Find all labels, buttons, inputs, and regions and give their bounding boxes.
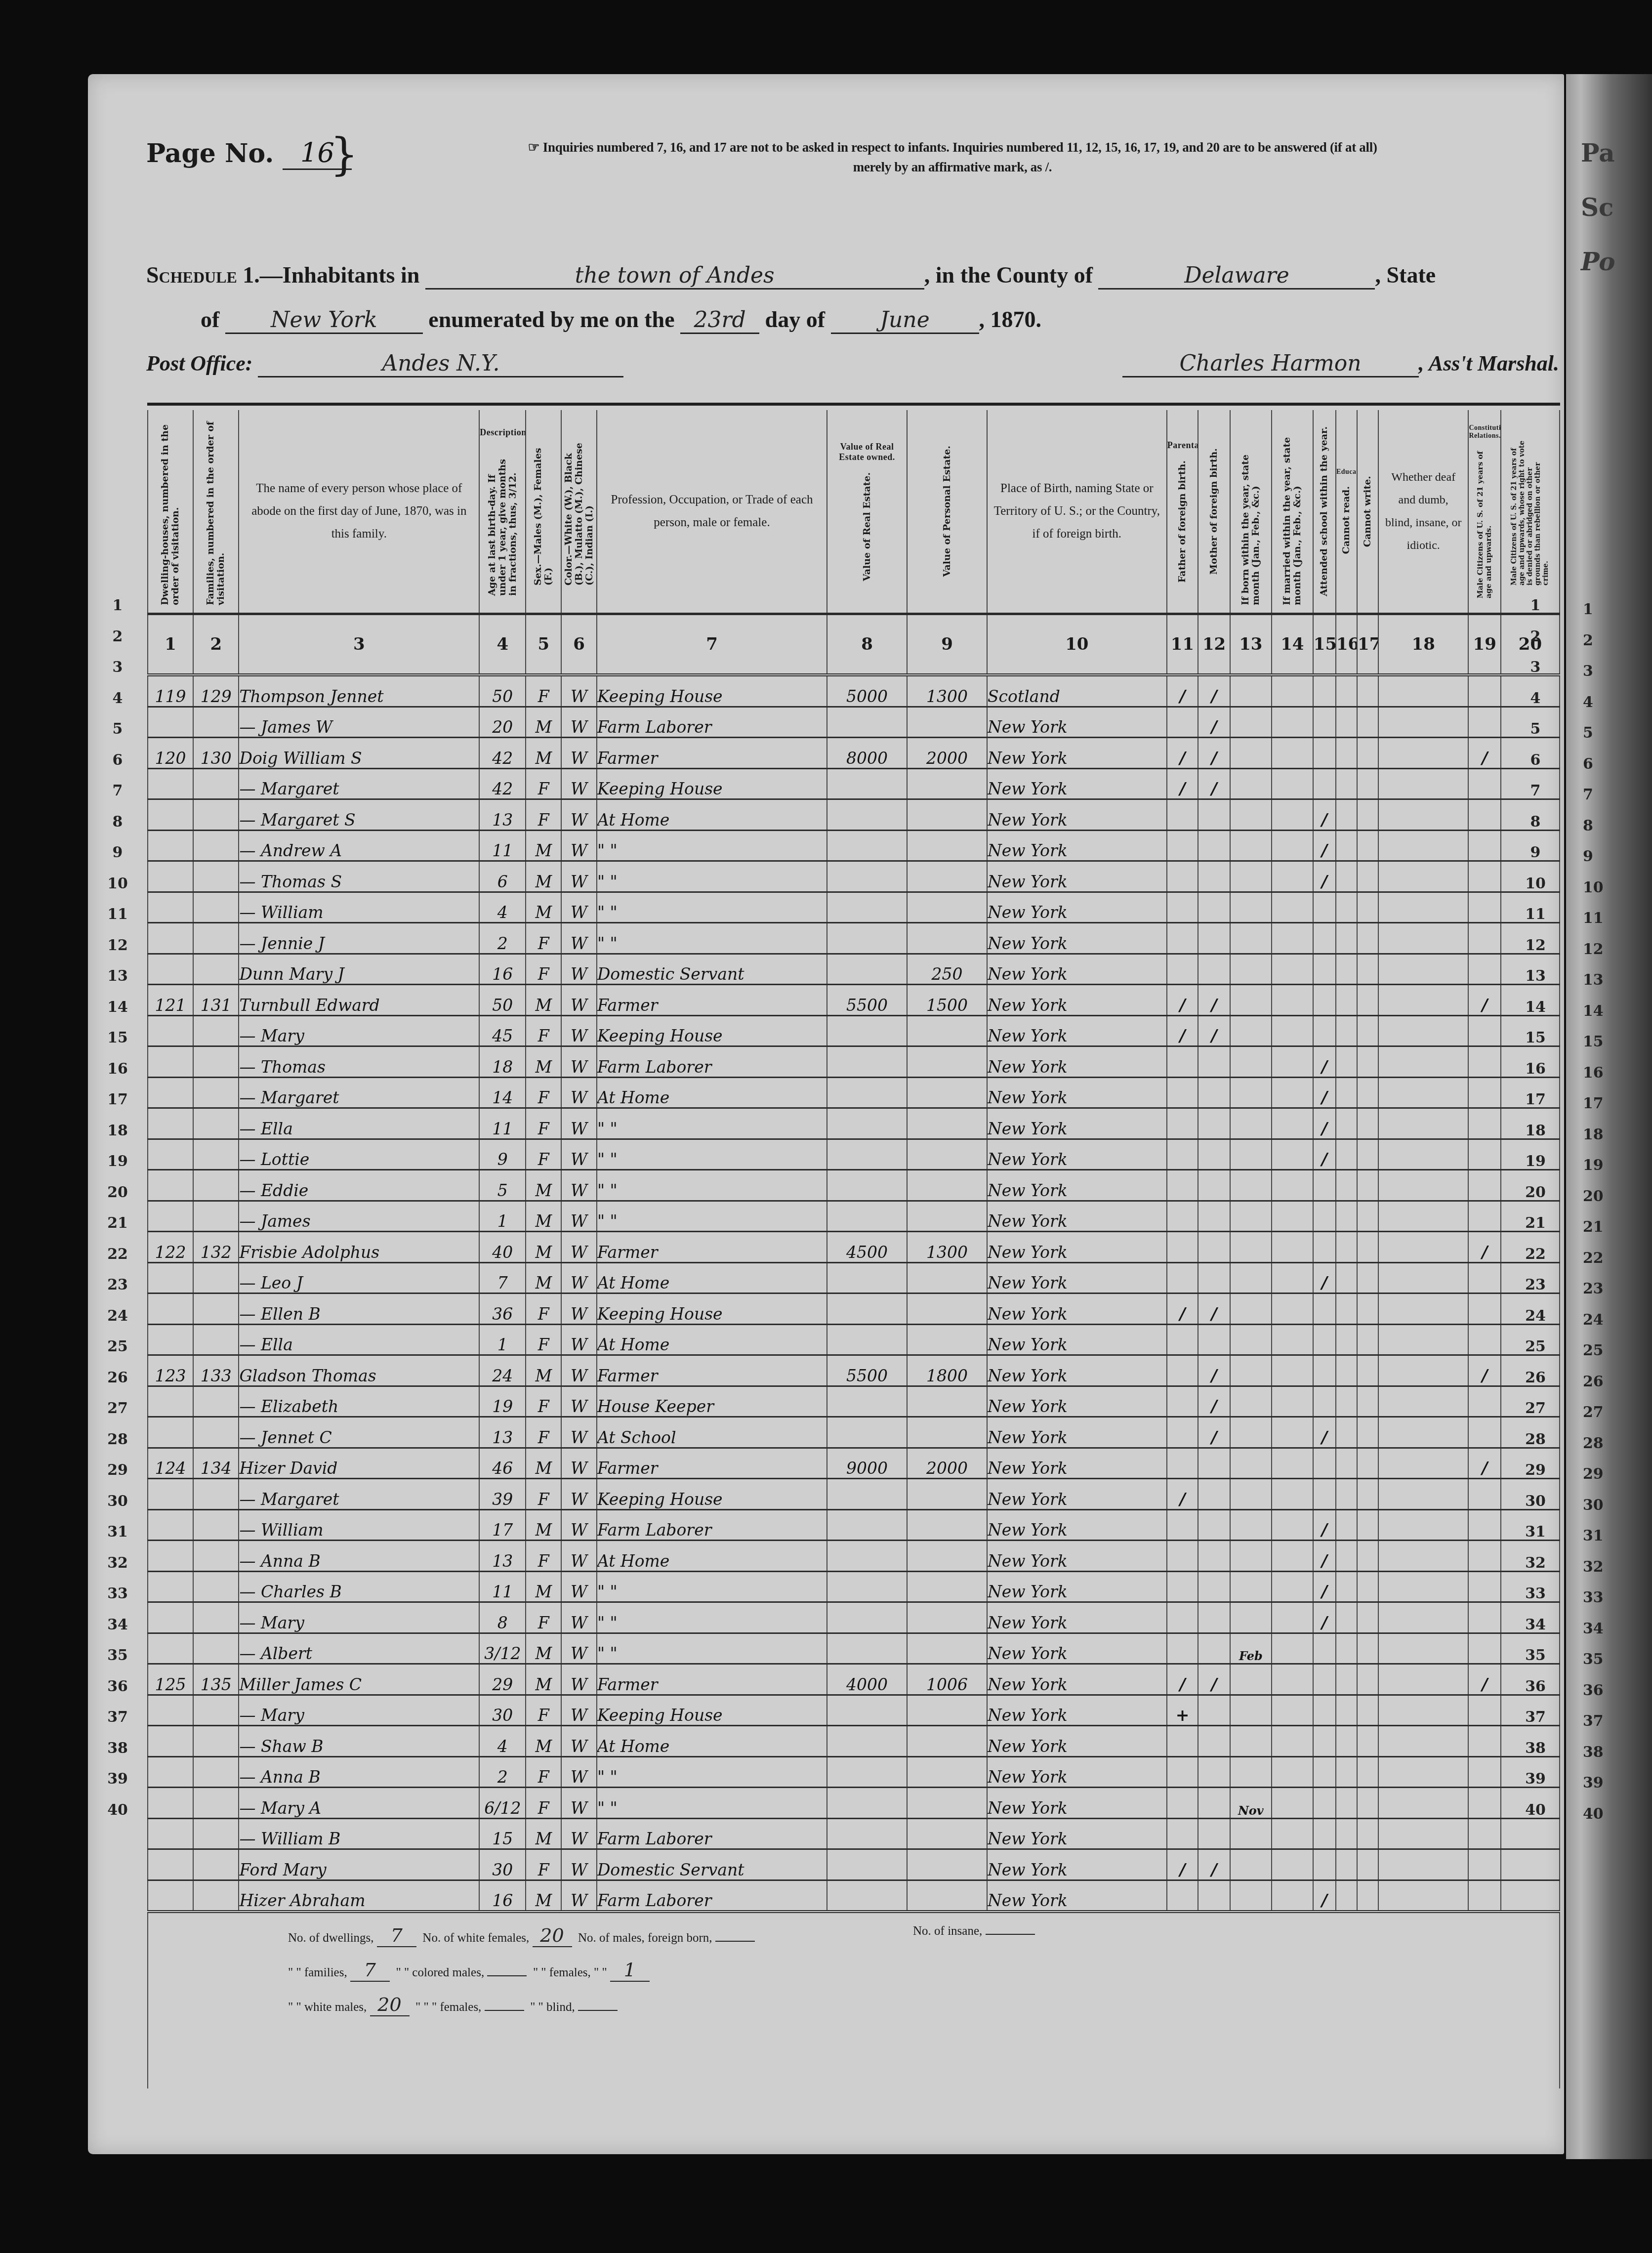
mother-foreign-mark (1198, 1201, 1230, 1232)
dwellings-count: 7 (377, 1924, 416, 1947)
real-estate-value (827, 1788, 907, 1819)
occupation: " " (597, 1571, 827, 1602)
mother-foreign-mark (1198, 923, 1230, 954)
school-mark (1313, 1818, 1336, 1849)
sex: M (526, 1509, 561, 1541)
color: W (561, 1849, 597, 1880)
disability (1378, 830, 1468, 861)
real-estate-value (827, 830, 907, 861)
born-month (1230, 1170, 1272, 1201)
school-mark (1313, 1726, 1336, 1757)
adjacent-line-number: 17 (1583, 1095, 1604, 1112)
real-estate-value: 5500 (827, 1355, 907, 1386)
school-mark (1313, 1479, 1336, 1510)
col-header-sex: Sex.—Males (M.), Females (F.) (526, 410, 561, 614)
family-number (193, 1788, 239, 1819)
line-number: 26 (1521, 1369, 1550, 1386)
cannot-write-mark (1357, 768, 1378, 799)
citizen-mark: / (1468, 985, 1501, 1016)
born-month (1230, 1849, 1272, 1880)
cannot-write-mark (1357, 1726, 1378, 1757)
dwelling-number (148, 1046, 193, 1078)
born-month (1230, 1479, 1272, 1510)
notice-line-2: merely by an affirmative mark, as /. (853, 160, 1052, 174)
line-number: 9 (103, 844, 132, 861)
occupation: Farmer (597, 1355, 827, 1386)
father-foreign-mark (1167, 799, 1198, 831)
real-estate-value (827, 768, 907, 799)
table-row: — Thomas S 6 M W " " New York / (148, 861, 1560, 892)
born-month (1230, 1417, 1272, 1448)
occupation: At Home (597, 1541, 827, 1572)
father-foreign-mark (1167, 1232, 1198, 1263)
dwelling-number (148, 1571, 193, 1602)
cannot-write-mark (1357, 1880, 1378, 1912)
cannot-read-mark (1336, 799, 1357, 831)
dwelling-number (148, 707, 193, 738)
adjacent-line-number: 2 (1583, 632, 1593, 649)
line-number: 31 (103, 1523, 132, 1541)
citizen-mark (1468, 1880, 1501, 1912)
birthplace: New York (987, 799, 1167, 831)
occupation: " " (597, 1108, 827, 1139)
father-foreign-mark: / (1167, 985, 1198, 1016)
color: W (561, 1571, 597, 1602)
table-row: — Mary 30 F W Keeping House New York + (148, 1695, 1560, 1726)
summary-dwellings: No. of dwellings, 7 No. of white females… (288, 1924, 755, 1947)
col-header-school: Attended school within the year. (1313, 410, 1336, 614)
col-header-father-foreign: Parentage.Father of foreign birth. (1167, 410, 1198, 614)
married-month (1272, 1293, 1313, 1325)
mother-foreign-mark: / (1198, 1355, 1230, 1386)
cannot-write-mark (1357, 1417, 1378, 1448)
married-month (1272, 1541, 1313, 1572)
person-name: — Andrew A (239, 830, 479, 861)
family-number (193, 1139, 239, 1170)
family-number (193, 830, 239, 861)
cannot-write-mark (1357, 1386, 1378, 1417)
real-estate-value (827, 1201, 907, 1232)
table-row: — Margaret 39 F W Keeping House New York… (148, 1479, 1560, 1510)
dwelling-number (148, 923, 193, 954)
real-estate-value (827, 707, 907, 738)
line-number: 2 (1521, 628, 1550, 645)
school-mark (1313, 954, 1336, 985)
color: W (561, 707, 597, 738)
colored-males-count (487, 1975, 527, 1976)
birthplace: New York (987, 1108, 1167, 1139)
age: 1 (479, 1324, 526, 1355)
cannot-read-mark (1336, 1509, 1357, 1541)
line-number: 17 (1521, 1091, 1550, 1108)
real-estate-value (827, 1108, 907, 1139)
born-month: Feb (1230, 1633, 1272, 1664)
disability (1378, 985, 1468, 1016)
citizen-mark (1468, 1077, 1501, 1108)
personal-estate-value (907, 1417, 987, 1448)
adjacent-line-number: 38 (1583, 1744, 1604, 1761)
family-number: 133 (193, 1355, 239, 1386)
color: W (561, 985, 597, 1016)
cannot-write-mark (1357, 1108, 1378, 1139)
col-number: 6 (561, 614, 597, 675)
occupation: " " (597, 1602, 827, 1633)
line-number: 28 (1521, 1431, 1550, 1448)
disability (1378, 1479, 1468, 1510)
sex: F (526, 1849, 561, 1880)
citizen-mark (1468, 1756, 1501, 1788)
color: W (561, 1664, 597, 1695)
line-number: 21 (103, 1214, 132, 1232)
family-number (193, 954, 239, 985)
line-number: 13 (1521, 967, 1550, 985)
real-estate-value: 5500 (827, 985, 907, 1016)
citizen-mark (1468, 1726, 1501, 1757)
line-number: 28 (103, 1431, 132, 1448)
born-month (1230, 923, 1272, 954)
cannot-write-mark (1357, 1571, 1378, 1602)
citizen-mark (1468, 1509, 1501, 1541)
disability (1378, 1108, 1468, 1139)
father-foreign-mark: / (1167, 738, 1198, 769)
personal-estate-value: 1300 (907, 675, 987, 707)
adjacent-line-number: 37 (1583, 1712, 1604, 1730)
occupation: Keeping House (597, 1293, 827, 1325)
mother-foreign-mark: / (1198, 1417, 1230, 1448)
cannot-write-mark (1357, 1509, 1378, 1541)
sex: M (526, 861, 561, 892)
age: 11 (479, 1108, 526, 1139)
mother-foreign-mark: / (1198, 1015, 1230, 1046)
personal-estate-value (907, 1788, 987, 1819)
birthplace: New York (987, 1756, 1167, 1788)
line-number: 11 (1521, 906, 1550, 923)
cannot-read-mark (1336, 1232, 1357, 1263)
sex: M (526, 1046, 561, 1078)
line-number: 6 (1521, 751, 1550, 769)
born-month (1230, 1695, 1272, 1726)
age: 5 (479, 1170, 526, 1201)
father-foreign-mark (1167, 830, 1198, 861)
birthplace: New York (987, 1633, 1167, 1664)
age: 39 (479, 1479, 526, 1510)
cannot-write-mark (1357, 1602, 1378, 1633)
father-foreign-mark: / (1167, 1664, 1198, 1695)
summary-families: " " families, 7 " " colored males, " " f… (288, 1959, 650, 1982)
table-row: — Jennet C 13 F W At School New York / / (148, 1417, 1560, 1448)
color: W (561, 861, 597, 892)
mother-foreign-mark (1198, 1633, 1230, 1664)
real-estate-value (827, 1077, 907, 1108)
adjacent-line-number: 4 (1583, 694, 1593, 711)
family-number (193, 1077, 239, 1108)
col-header-married-month: If married within the year, state month … (1272, 410, 1313, 614)
adjacent-line-number: 20 (1583, 1188, 1604, 1205)
sex: F (526, 1602, 561, 1633)
dwelling-number (148, 768, 193, 799)
person-name: — Margaret (239, 768, 479, 799)
personal-estate-value (907, 1571, 987, 1602)
disability (1378, 1726, 1468, 1757)
citizen-mark (1468, 1108, 1501, 1139)
col-header-age: Description.Age at last birth-day. If un… (479, 410, 526, 614)
line-number: 40 (103, 1801, 132, 1819)
adjacent-line-number: 39 (1583, 1774, 1604, 1792)
personal-estate-value (907, 923, 987, 954)
occupation: At Home (597, 1077, 827, 1108)
age: 36 (479, 1293, 526, 1325)
line-number: 9 (1521, 844, 1550, 861)
school-mark (1313, 768, 1336, 799)
disability (1378, 954, 1468, 985)
col-header-vote-denied: Male Citizens of U. S. of 21 years of ag… (1501, 410, 1560, 614)
citizen-mark (1468, 1262, 1501, 1293)
cannot-read-mark (1336, 1571, 1357, 1602)
born-month (1230, 1139, 1272, 1170)
table-row: — Margaret S 13 F W At Home New York / (148, 799, 1560, 831)
family-number: 130 (193, 738, 239, 769)
born-month (1230, 985, 1272, 1016)
disability (1378, 1015, 1468, 1046)
birthplace: New York (987, 1262, 1167, 1293)
age: 42 (479, 768, 526, 799)
age: 40 (479, 1232, 526, 1263)
line-number: 5 (1521, 720, 1550, 738)
post-office-line: Post Office: Andes N.Y. Charles Harmon, … (146, 351, 1559, 377)
mother-foreign-mark (1198, 954, 1230, 985)
col-number: 10 (987, 614, 1167, 675)
citizen-mark (1468, 923, 1501, 954)
sex: M (526, 1355, 561, 1386)
occupation: At Home (597, 799, 827, 831)
occupation: " " (597, 861, 827, 892)
post-office-label: Post Office: (146, 351, 252, 375)
line-number: 3 (1521, 659, 1550, 676)
person-name: — Thomas (239, 1046, 479, 1078)
mother-foreign-mark (1198, 1448, 1230, 1479)
line-number: 30 (1521, 1493, 1550, 1510)
real-estate-value (827, 861, 907, 892)
cannot-write-mark (1357, 1046, 1378, 1078)
cannot-read-mark (1336, 1849, 1357, 1880)
sex: M (526, 985, 561, 1016)
father-foreign-mark (1167, 1108, 1198, 1139)
family-number (193, 923, 239, 954)
citizen-mark (1468, 1541, 1501, 1572)
col-header-color: Color.—White (W.), Black (B.), Mulatto (… (561, 410, 597, 614)
mother-foreign-mark (1198, 1262, 1230, 1293)
cannot-read-mark (1336, 1417, 1357, 1448)
father-foreign-mark (1167, 1509, 1198, 1541)
color: W (561, 892, 597, 923)
disability (1378, 1602, 1468, 1633)
age: 16 (479, 954, 526, 985)
white-females-count: 20 (533, 1924, 572, 1947)
citizen-mark (1468, 1602, 1501, 1633)
school-mark: / (1313, 1139, 1336, 1170)
born-month (1230, 1355, 1272, 1386)
school-mark: / (1313, 1262, 1336, 1293)
dwelling-number (148, 1015, 193, 1046)
col-number: 11 (1167, 614, 1198, 675)
age: 13 (479, 1541, 526, 1572)
line-number: 36 (1521, 1678, 1550, 1695)
mother-foreign-mark (1198, 1046, 1230, 1078)
birthplace: New York (987, 1201, 1167, 1232)
person-name: — Mary (239, 1602, 479, 1633)
personal-estate-value: 1300 (907, 1232, 987, 1263)
table-row: — Ella 1 F W At Home New York (148, 1324, 1560, 1355)
column-number-row: 1 2 3 4 5 6 7 8 9 10 11 12 13 14 15 16 1… (148, 614, 1560, 675)
born-month (1230, 799, 1272, 831)
family-number (193, 707, 239, 738)
married-month (1272, 1262, 1313, 1293)
mother-foreign-mark (1198, 1108, 1230, 1139)
line-number: 8 (1521, 813, 1550, 831)
page-number: Page No. 16 (146, 137, 352, 170)
adjacent-line-number: 1 (1583, 601, 1593, 618)
father-foreign-mark (1167, 1726, 1198, 1757)
color: W (561, 1232, 597, 1263)
occupation: Keeping House (597, 768, 827, 799)
disability (1378, 1355, 1468, 1386)
citizen-mark (1468, 1788, 1501, 1819)
sex: M (526, 1880, 561, 1912)
line-number: 25 (1521, 1338, 1550, 1355)
line-number: 21 (1521, 1214, 1550, 1232)
sex: M (526, 1633, 561, 1664)
school-mark (1313, 1355, 1336, 1386)
dwelling-number (148, 830, 193, 861)
line-number: 3 (103, 659, 132, 676)
cannot-read-mark (1336, 1756, 1357, 1788)
family-number: 132 (193, 1232, 239, 1263)
personal-estate-value (907, 1293, 987, 1325)
county-field: Delaware (1098, 263, 1375, 290)
table-row: — Margaret 14 F W At Home New York / (148, 1077, 1560, 1108)
adjacent-line-number: 13 (1583, 971, 1604, 989)
cannot-write-mark (1357, 1788, 1378, 1819)
married-month (1272, 923, 1313, 954)
real-estate-value (827, 1139, 907, 1170)
school-mark (1313, 675, 1336, 707)
adjacent-line-number: 25 (1583, 1342, 1604, 1359)
family-number (193, 1201, 239, 1232)
town-field: the town of Andes (425, 263, 924, 290)
married-month (1272, 1756, 1313, 1788)
color: W (561, 1541, 597, 1572)
real-estate-value (827, 1571, 907, 1602)
age: 29 (479, 1664, 526, 1695)
family-number (193, 1509, 239, 1541)
color: W (561, 1633, 597, 1664)
born-month (1230, 830, 1272, 861)
personal-estate-value (907, 1479, 987, 1510)
color: W (561, 1509, 597, 1541)
color: W (561, 1880, 597, 1912)
person-name: — Mary A (239, 1788, 479, 1819)
adjacent-line-number: 6 (1583, 755, 1593, 773)
line-number: 12 (103, 937, 132, 954)
father-foreign-mark (1167, 1571, 1198, 1602)
line-number: 30 (103, 1493, 132, 1510)
census-table: Dwelling-houses, numbered in the order o… (147, 410, 1560, 2088)
age: 30 (479, 1849, 526, 1880)
cannot-read-mark (1336, 1664, 1357, 1695)
birthplace: New York (987, 1015, 1167, 1046)
day-of-label: day of (765, 307, 825, 332)
father-foreign-mark: / (1167, 675, 1198, 707)
father-foreign-mark (1167, 1788, 1198, 1819)
person-name: — Mary (239, 1015, 479, 1046)
sex: M (526, 1448, 561, 1479)
occupation: " " (597, 1170, 827, 1201)
family-number (193, 799, 239, 831)
school-mark (1313, 1293, 1336, 1325)
line-number: 7 (1521, 782, 1550, 799)
real-estate-value (827, 1756, 907, 1788)
dwelling-number (148, 1386, 193, 1417)
born-month (1230, 768, 1272, 799)
line-number: 19 (103, 1153, 132, 1170)
mother-foreign-mark: / (1198, 1293, 1230, 1325)
occupation: House Keeper (597, 1386, 827, 1417)
col-number: 8 (827, 614, 907, 675)
line-number: 14 (103, 999, 132, 1016)
birthplace: New York (987, 1602, 1167, 1633)
personal-estate-value (907, 1077, 987, 1108)
disability (1378, 1386, 1468, 1417)
post-office-field: Andes N.Y. (258, 351, 623, 377)
real-estate-value: 4500 (827, 1232, 907, 1263)
personal-estate-value (907, 1818, 987, 1849)
married-month (1272, 1664, 1313, 1695)
cannot-read-mark (1336, 1077, 1357, 1108)
sex: F (526, 1324, 561, 1355)
real-estate-value (827, 799, 907, 831)
birthplace: New York (987, 1448, 1167, 1479)
birthplace: New York (987, 1139, 1167, 1170)
line-number: 4 (1521, 690, 1550, 707)
line-number: 16 (103, 1060, 132, 1078)
married-month (1272, 1355, 1313, 1386)
color: W (561, 1355, 597, 1386)
person-name: — James W (239, 707, 479, 738)
cannot-read-mark (1336, 1170, 1357, 1201)
married-month (1272, 707, 1313, 738)
disability (1378, 1417, 1468, 1448)
cannot-write-mark (1357, 1633, 1378, 1664)
family-number (193, 1046, 239, 1078)
adjacent-line-number: 23 (1583, 1280, 1604, 1297)
disability (1378, 1324, 1468, 1355)
col-number: 16 (1336, 614, 1357, 675)
adjacent-line-number: 32 (1583, 1558, 1604, 1576)
color: W (561, 1602, 597, 1633)
line-number: 34 (103, 1616, 132, 1633)
personal-estate-value (907, 1726, 987, 1757)
schedule-label: Schedule 1. (146, 262, 260, 288)
family-number (193, 892, 239, 923)
sex: F (526, 768, 561, 799)
occupation: Farm Laborer (597, 1046, 827, 1078)
married-month (1272, 1324, 1313, 1355)
occupation: " " (597, 830, 827, 861)
mother-foreign-mark: / (1198, 1664, 1230, 1695)
occupation: " " (597, 892, 827, 923)
dwelling-number (148, 954, 193, 985)
age: 19 (479, 1386, 526, 1417)
